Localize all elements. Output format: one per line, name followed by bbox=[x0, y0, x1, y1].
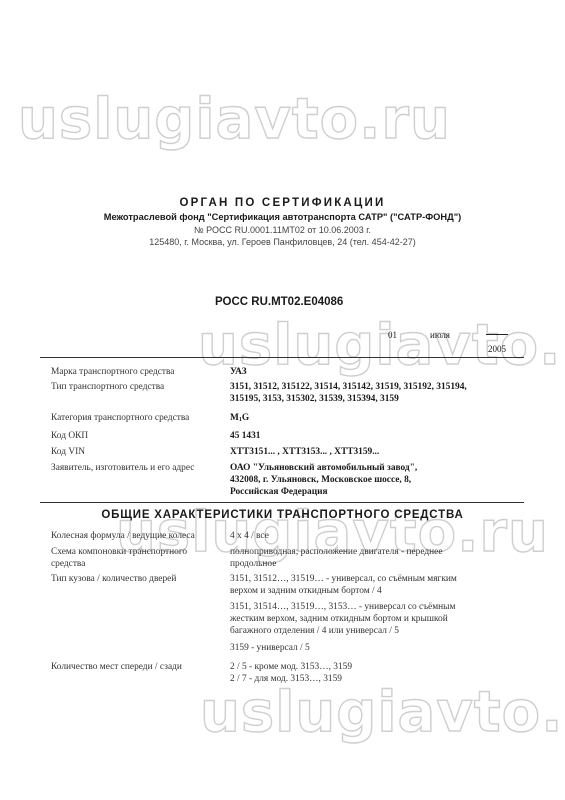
field-value-line: 3151, 31512…, 31519… - универсал, со съё… bbox=[230, 574, 457, 584]
issuer-address: 125480, г. Москва, ул. Героев Панфиловце… bbox=[0, 237, 565, 247]
field-value-line: Российская Федерация bbox=[230, 487, 328, 497]
field-label: Количество мест спереди / сзади bbox=[51, 661, 213, 673]
field-value: 4 x 4 / все bbox=[230, 530, 520, 542]
issuer-registration: № РОСС RU.0001.11МТ02 от 10.06.2003 г. bbox=[0, 225, 565, 235]
divider bbox=[40, 357, 524, 358]
date-year: 2005 bbox=[488, 344, 506, 354]
date-underline bbox=[486, 334, 508, 335]
field-value: 45 1431 bbox=[230, 430, 520, 442]
field-label: Тип транспортного средства bbox=[51, 381, 213, 393]
field-value-line: багажного отделения / 4 или универсал / … bbox=[230, 626, 399, 636]
field-value-line: 315195, 3153, 315302, 31539, 315394, 315… bbox=[230, 394, 399, 404]
field-value: УАЗ bbox=[230, 366, 520, 378]
field-value: XTT3151... , XTT3153... , XTT3159... bbox=[230, 446, 520, 458]
field-value-line: 2 / 7 - для мод. 3153…, 3159 bbox=[230, 674, 342, 684]
issuer-title: ОРГАН ПО СЕРТИФИКАЦИИ bbox=[0, 197, 565, 209]
field-value-line: ОАО "Ульяновский автомобильный завод", bbox=[230, 463, 417, 473]
field-label-line: средства bbox=[51, 559, 85, 569]
field-label: Тип кузова / количество дверей bbox=[51, 573, 213, 585]
date-month: июля bbox=[430, 330, 450, 340]
field-value: полноприводная; расположение двигателя -… bbox=[230, 546, 520, 570]
field-label: Марка транспортного средства bbox=[51, 366, 213, 378]
field-value: 3151, 31512…, 31519… - универсал, со съё… bbox=[230, 573, 520, 597]
field-label-line: Схема компоновки транспортного bbox=[51, 547, 187, 557]
issuer-organization: Межотраслевой фонд "Сертификация автотра… bbox=[0, 212, 565, 222]
field-value: ОАО "Ульяновский автомобильный завод", 4… bbox=[230, 462, 520, 498]
certificate-document: ОРГАН ПО СЕРТИФИКАЦИИ Межотраслевой фонд… bbox=[0, 0, 565, 800]
divider bbox=[40, 502, 524, 503]
field-value-line: 3151, 31512, 315122, 31514, 315142, 3151… bbox=[230, 382, 467, 392]
field-label: Код VIN bbox=[51, 446, 213, 458]
field-value: 3151, 31514…, 31519…, 3153… - универсал … bbox=[230, 601, 520, 637]
field-value-line: 2 / 5 - кроме мод. 3153…, 3159 bbox=[230, 662, 352, 672]
field-value-line: 432008, г. Ульяновск, Московское шоссе, … bbox=[230, 475, 411, 485]
field-value-line: 3151, 31514…, 31519…, 3153… - универсал … bbox=[230, 602, 455, 612]
field-value: 2 / 5 - кроме мод. 3153…, 3159 2 / 7 - д… bbox=[230, 661, 520, 685]
category-suffix: G bbox=[242, 413, 249, 423]
field-label: Код ОКП bbox=[51, 430, 213, 442]
field-value-line: продольное bbox=[230, 559, 276, 569]
category-main: M bbox=[230, 413, 239, 423]
field-label: Заявитель, изготовитель и его адрес bbox=[51, 462, 213, 474]
section-title: ОБЩИЕ ХАРАКТЕРИСТИКИ ТРАНСПОРТНОГО СРЕДС… bbox=[0, 509, 565, 521]
field-value: M1G bbox=[230, 412, 520, 426]
field-label: Схема компоновки транспортного средства bbox=[51, 546, 213, 570]
field-label: Колесная формула / ведущие колеса bbox=[51, 530, 213, 542]
field-value: 3159 - универсал / 5 bbox=[230, 642, 520, 654]
date-day: 01 bbox=[388, 330, 397, 340]
field-label: Категория транспортного средства bbox=[51, 412, 213, 424]
certificate-number: РОСС RU.МТ02.Е04086 bbox=[215, 296, 343, 308]
field-value-line: жестким верхом, задним откидным бортом и… bbox=[230, 614, 448, 624]
field-value-line: верхом и задним откидным бортом / 4 bbox=[230, 586, 382, 596]
field-value: 3151, 31512, 315122, 31514, 315142, 3151… bbox=[230, 381, 520, 405]
field-value-line: полноприводная; расположение двигателя -… bbox=[230, 547, 443, 557]
